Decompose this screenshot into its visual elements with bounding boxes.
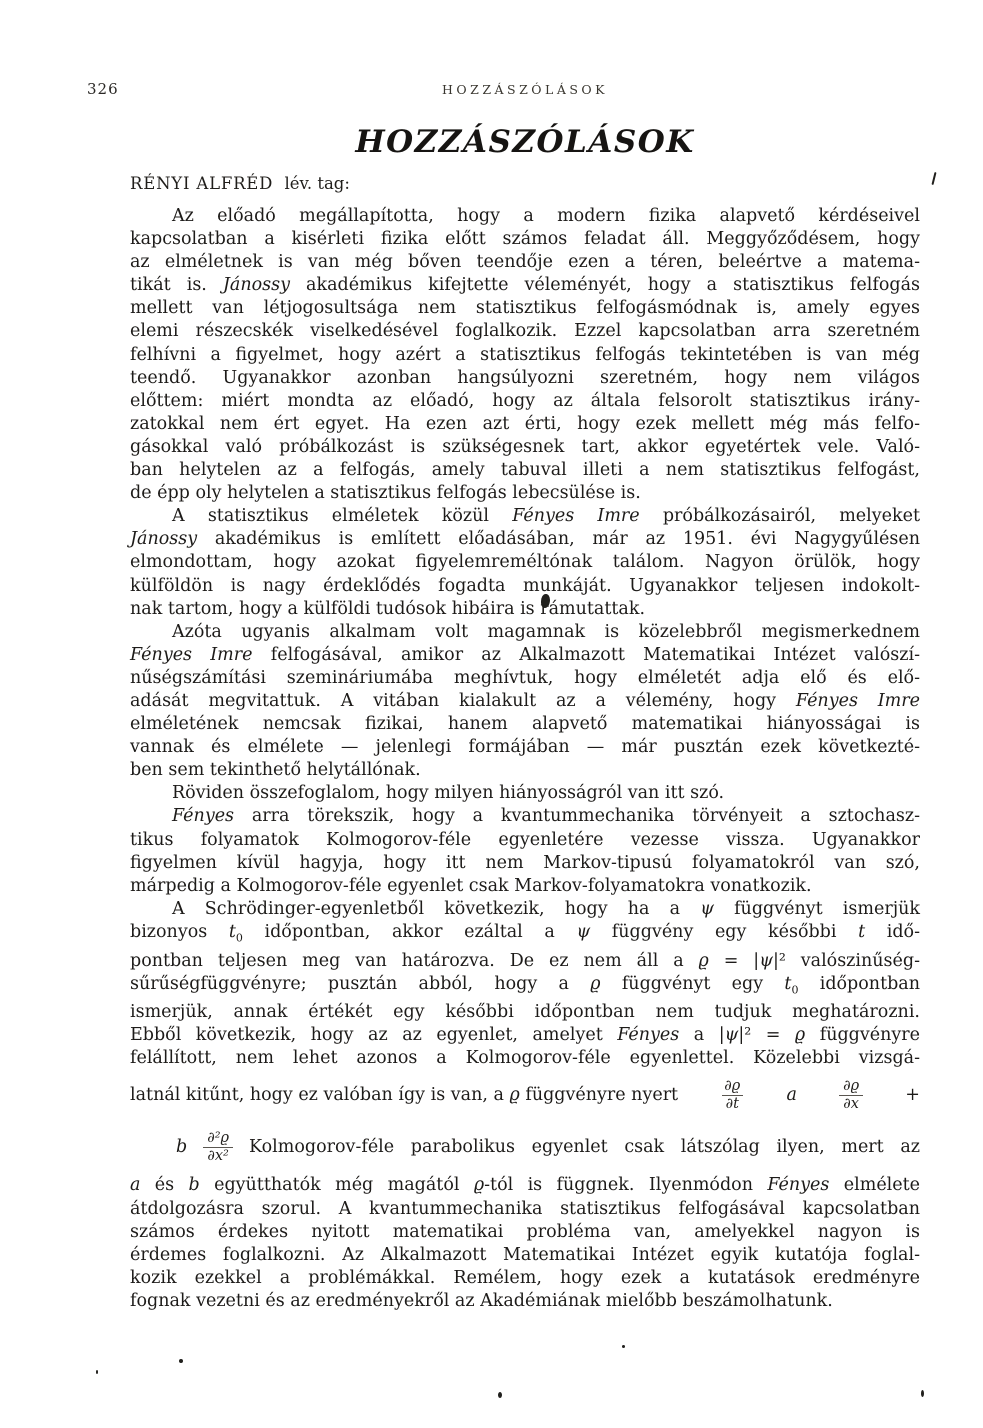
- ink-speck: [179, 1359, 183, 1363]
- ink-mark: [931, 172, 936, 185]
- text-line: figyelmen kívül hagyja, hogy itt nem Mar…: [130, 852, 920, 875]
- text-line: felállított, nem lehet azonos a Kolmogor…: [130, 1047, 920, 1070]
- text-line: zatokkal nem ért egyet. Ha ezen azt érti…: [130, 413, 920, 436]
- text-line: ben sem tekinthető helytállónak.: [130, 759, 920, 782]
- author-role: lév. tag:: [284, 174, 349, 193]
- text-line: elmondottam, hogy azokat figyelemreméltó…: [130, 551, 920, 574]
- fraction: ∂²ϱ∂x²: [203, 1130, 233, 1164]
- text-line: de épp oly helytelen a statisztikus felf…: [130, 482, 920, 505]
- text-line: adását megvitattuk. A vitában kialakult …: [130, 690, 920, 713]
- ink-speck: [96, 1370, 98, 1374]
- scanned-page: 326 HOZZÁSZÓLÁSOK HOZZÁSZÓLÁSOK RÉNYI AL…: [0, 0, 983, 1428]
- ink-speck: [498, 1392, 502, 1398]
- text-line: külföldön is nagy érdeklődés fogadta mun…: [130, 575, 920, 598]
- formula-row: latnál kitűnt, hogy ez valóban így is va…: [130, 1070, 920, 1120]
- text-line: kozik ezekkel a problémákkal. Remélem, h…: [130, 1267, 920, 1290]
- ink-speck: [622, 1345, 625, 1348]
- text-line: Azóta ugyanis alkalmam volt magamnak is …: [130, 621, 920, 644]
- text-line: fognak vezetni és az eredményekről az Ak…: [130, 1290, 920, 1313]
- formula-text: b: [176, 1136, 187, 1159]
- text-line: felhívni a figyelmet, hogy azért a stati…: [130, 344, 920, 367]
- text-line: gásokkal való próbálkozást is szükségesn…: [130, 436, 920, 459]
- text-line: nak tartom, hogy a külföldi tudósok hibá…: [130, 598, 920, 621]
- paragraph: A Schrödinger-egyenletből következik, ho…: [130, 898, 920, 1071]
- paragraph: Az előadó megállapította, hogy a modern …: [130, 205, 920, 505]
- text-line: Fényes arra törekszik, hogy a kvantummec…: [130, 805, 920, 828]
- text-line: A Schrödinger-egyenletből következik, ho…: [130, 898, 920, 921]
- paragraph: Azóta ugyanis alkalmam volt magamnak is …: [130, 621, 920, 783]
- text-line: A statisztikus elméletek közül Fényes Im…: [130, 505, 920, 528]
- text-line: márpedig a Kolmogorov-féle egyenlet csak…: [130, 875, 920, 898]
- text-line: elemi részecskék viselkedésével foglalko…: [130, 320, 920, 343]
- formula-text: +: [905, 1084, 920, 1107]
- formula-text: a: [786, 1084, 796, 1107]
- text-line: tikát is. Jánossy akadémikus kifejtette …: [130, 274, 920, 297]
- paragraph: A statisztikus elméletek közül Fényes Im…: [130, 505, 920, 620]
- text-line: elméletének nemcsak fizikai, hanem alapv…: [130, 713, 920, 736]
- text-line: sűrűségfüggvényre; pusztán abból, hogy a…: [130, 973, 920, 1002]
- formula-text: Kolmogorov-féle parabolikus egyenlet csa…: [249, 1136, 920, 1159]
- text-line: nűségszámítási szemináriumába meghívtuk,…: [130, 667, 920, 690]
- author-name: RÉNYI ALFRÉD: [130, 174, 273, 193]
- text-line: Röviden összefoglalom, hogy milyen hiány…: [130, 782, 920, 805]
- text-line: átdolgozásra szorul. A kvantummechanika …: [130, 1198, 920, 1221]
- text-line: tikus folyamatok Kolmogorov-féle egyenle…: [130, 829, 920, 852]
- text-line: bizonyos t0 időpontban, akkor ezáltal a …: [130, 921, 920, 950]
- paragraph: a és b együtthatók még magától ϱ-tól is …: [130, 1174, 920, 1313]
- paragraph: Fényes arra törekszik, hogy a kvantummec…: [130, 805, 920, 897]
- fraction: ∂ϱ∂x: [839, 1078, 863, 1112]
- text-line: teendő. Ugyanakkor azonban hangsúlyozni …: [130, 367, 920, 390]
- text-line: kapcsolatban a kisérleti fizika előtt sz…: [130, 228, 920, 251]
- text-line: pontban teljesen meg van határozva. De e…: [130, 950, 920, 973]
- text-line: ban helytelen az a felfogás, amely tabuv…: [130, 459, 920, 482]
- text-line: Ebből következik, hogy az az egyenlet, a…: [130, 1024, 920, 1047]
- text-line: Jánossy akadémikus is említett előadásáb…: [130, 528, 920, 551]
- formula-text: latnál kitűnt, hogy ez valóban így is va…: [130, 1084, 678, 1107]
- text-line: előttem: miért mondta az előadó, hogy az…: [130, 390, 920, 413]
- text-line: ismerjük, annak értékét egy későbbi időp…: [130, 1001, 920, 1024]
- text-line: Az előadó megállapította, hogy a modern …: [130, 205, 920, 228]
- byline: RÉNYI ALFRÉD lév. tag:: [130, 174, 350, 193]
- body-text: Az előadó megállapította, hogy a modern …: [130, 205, 920, 1313]
- text-line: érdemes foglalkozni. Az Alkalmazott Mate…: [130, 1244, 920, 1267]
- running-header-title: HOZZÁSZÓLÁSOK: [130, 82, 920, 97]
- text-line: vannak és elmélete — jelenlegi formájába…: [130, 736, 920, 759]
- page-number: 326: [87, 80, 119, 98]
- page-title: HOZZÁSZÓLÁSOK: [130, 124, 920, 160]
- text-line: a és b együtthatók még magától ϱ-tól is …: [130, 1174, 920, 1197]
- text-line: az elméletnek is van még bőven teendője …: [130, 251, 920, 274]
- text-line: Fényes Imre felfogásával, amikor az Alka…: [130, 644, 920, 667]
- text-line: mellett van létjogosultsága nem statiszt…: [130, 297, 920, 320]
- paragraph: Röviden összefoglalom, hogy milyen hiány…: [130, 782, 920, 805]
- ink-speck: [921, 1390, 924, 1397]
- fraction: ∂ϱ∂t: [720, 1078, 744, 1112]
- text-line: számos érdekes nyitott matematikai probl…: [130, 1221, 920, 1244]
- formula-row: b∂²ϱ∂x²Kolmogorov-féle parabolikus egyen…: [130, 1120, 920, 1174]
